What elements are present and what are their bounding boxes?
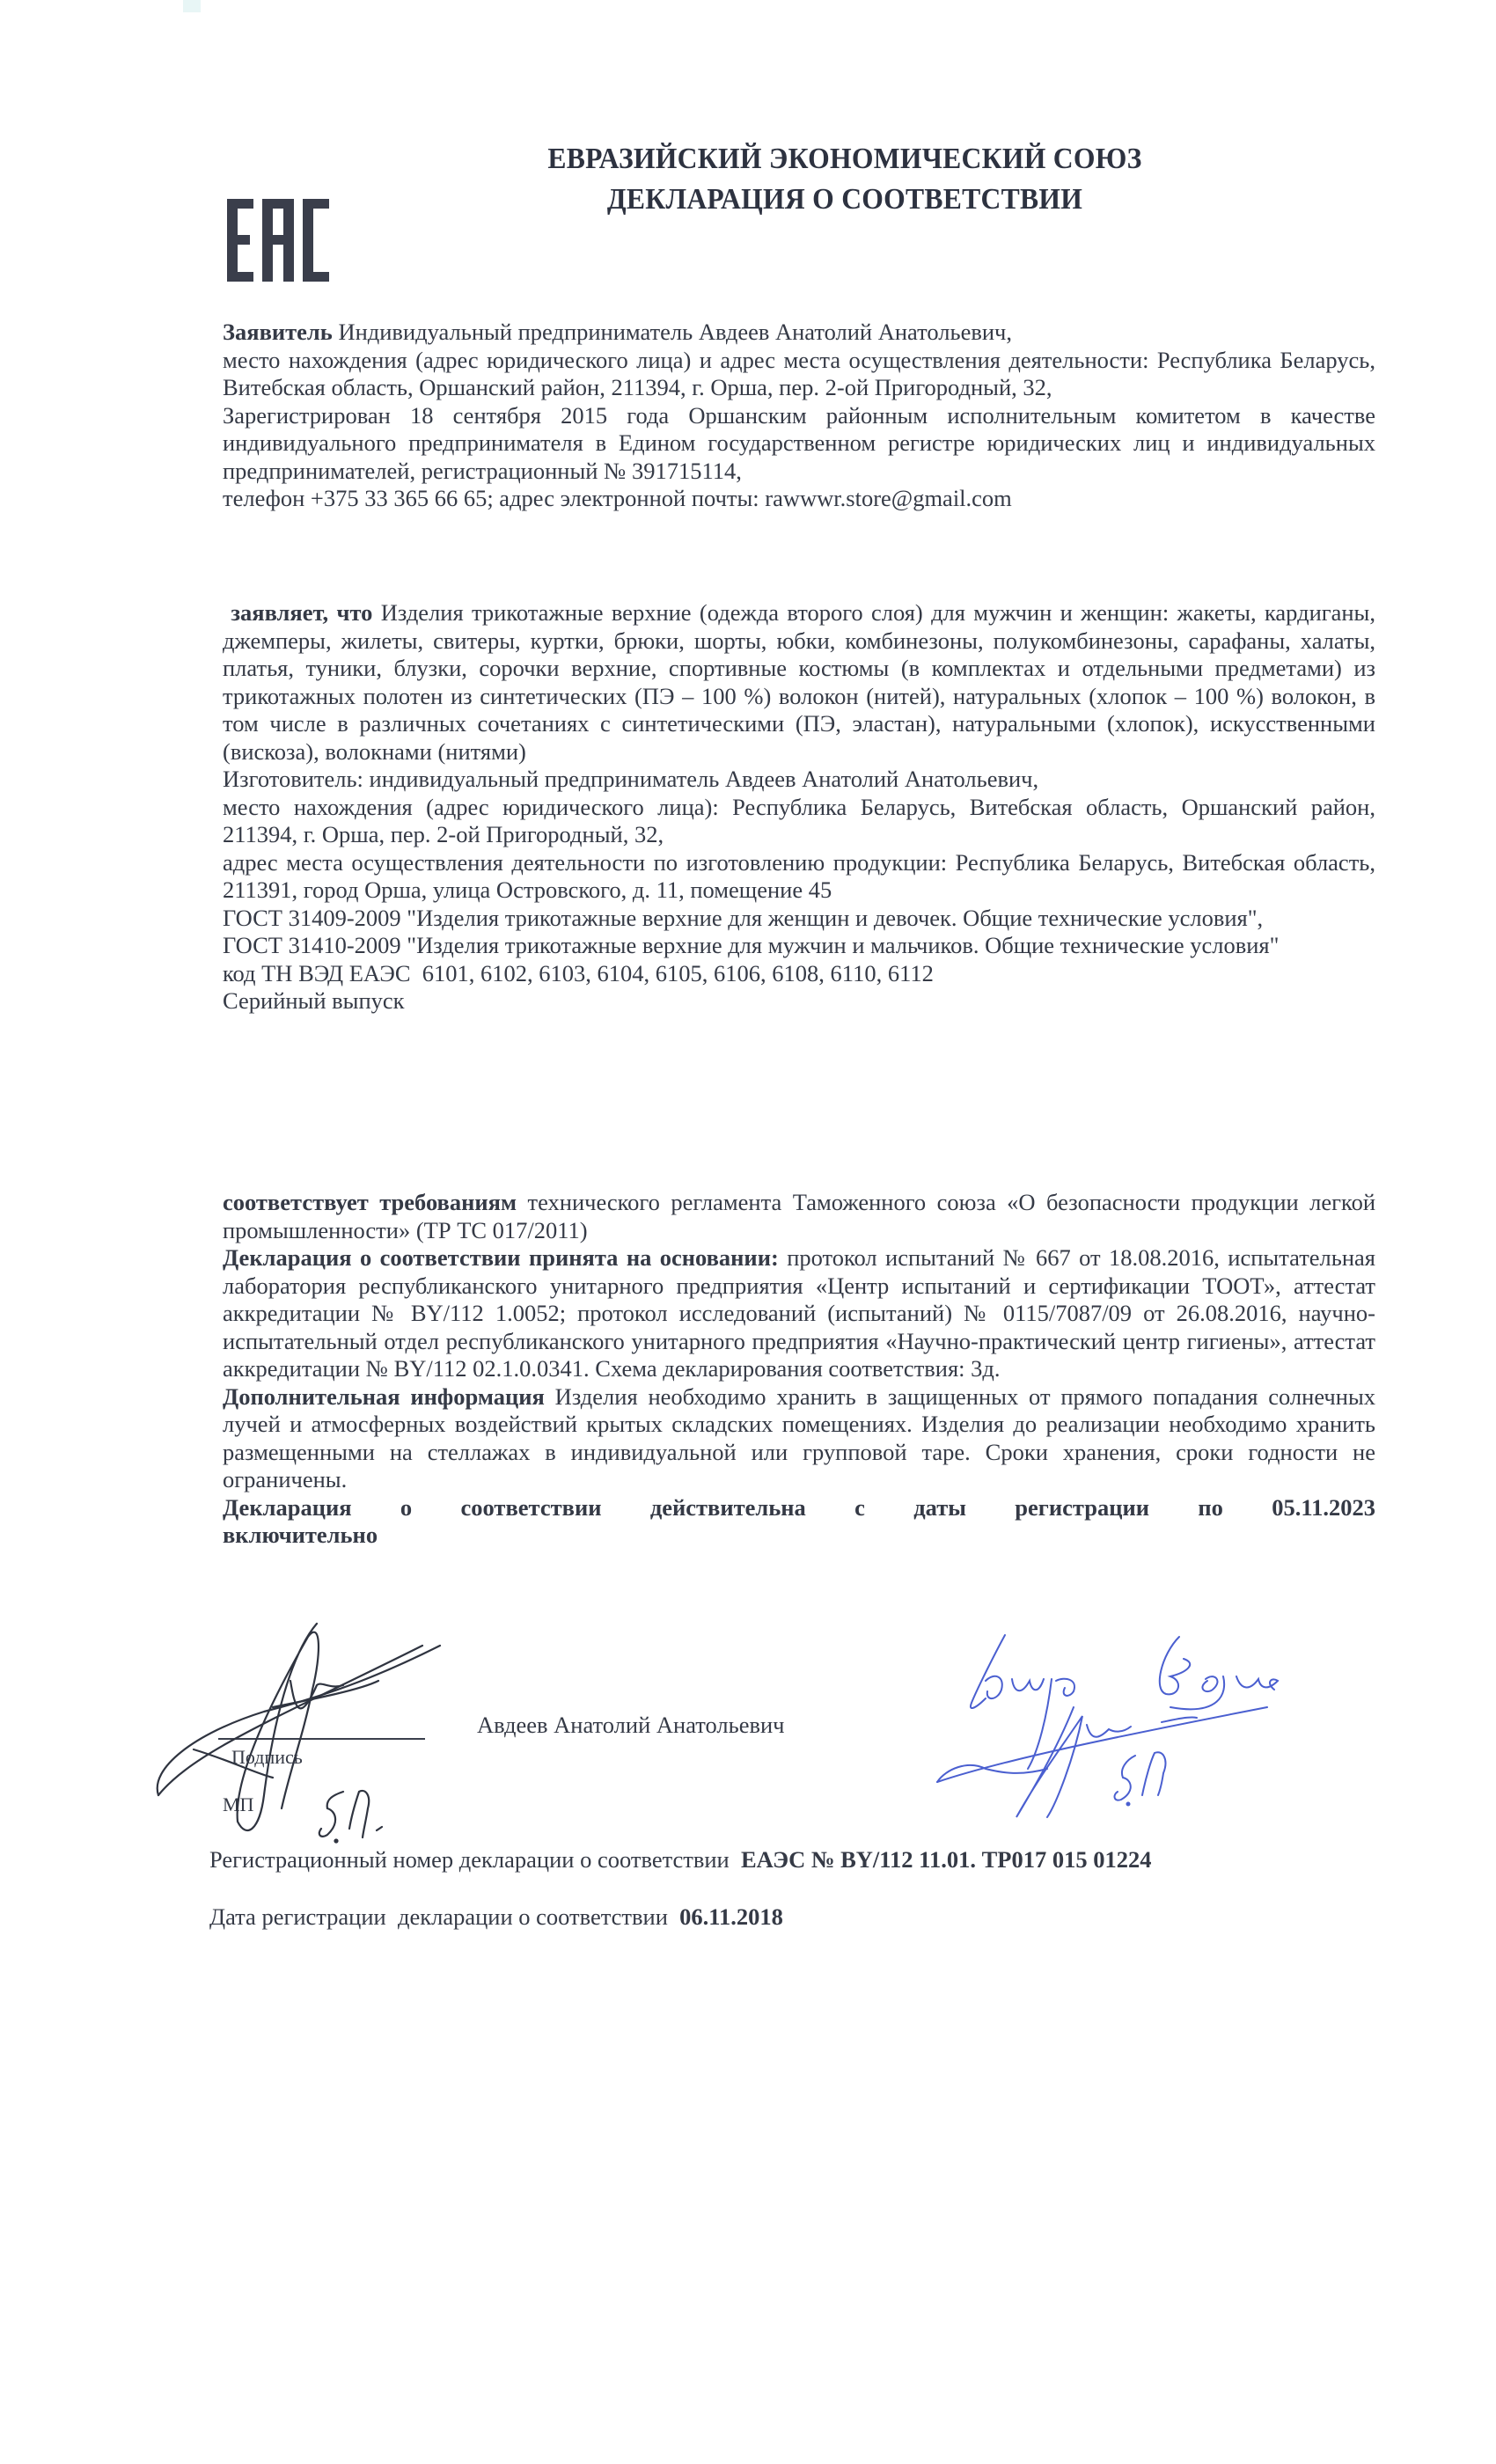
basis-label: Декларация о соответствии принята на осн… bbox=[223, 1244, 779, 1271]
applicant-registration: Зарегистрирован 18 сентября 2015 года Ор… bbox=[223, 402, 1375, 486]
manufacturer-address: место нахождения (адрес юридического лиц… bbox=[223, 794, 1375, 849]
scan-artifact bbox=[183, 0, 201, 12]
applicant-address: место нахождения (адрес юридического лиц… bbox=[223, 347, 1375, 402]
validity-line: Декларация о соответствии действительна … bbox=[223, 1494, 1375, 1522]
applicant-section: Заявитель Индивидуальный предприниматель… bbox=[223, 319, 1375, 513]
title-declaration: ДЕКЛАРАЦИЯ О СООТВЕТСТВИИ bbox=[403, 180, 1287, 220]
eac-logo-icon bbox=[227, 199, 329, 282]
registration-number-label: Регистрационный номер декларации о соотв… bbox=[209, 1846, 741, 1873]
signer-name: Авдеев Анатолий Анатольевич bbox=[477, 1712, 785, 1739]
registration-number-value: ЕАЭС № BY/112 11.01. ТР017 015 01224 bbox=[741, 1846, 1152, 1873]
conformity-section: соответствует требованиям технического р… bbox=[223, 1189, 1375, 1550]
title-union: ЕВРАЗИЙСКИЙ ЭКОНОМИЧЕСКИЙ СОЮЗ bbox=[403, 139, 1287, 180]
applicant-name: Индивидуальный предприниматель Авдеев Ан… bbox=[333, 319, 1012, 345]
applicant-line: Заявитель Индивидуальный предприниматель… bbox=[223, 319, 1375, 347]
conformity-label: соответствует требованиям bbox=[223, 1189, 517, 1215]
handwritten-certified-copy-blue-icon bbox=[933, 1628, 1320, 1839]
applicant-label: Заявитель bbox=[223, 319, 333, 345]
declaration-section: заявляет, что Изделия трикотажные верхни… bbox=[223, 599, 1375, 1016]
product-description: заявляет, что Изделия трикотажные верхни… bbox=[223, 599, 1375, 766]
declaration-page: ЕВРАЗИЙСКИЙ ЭКОНОМИЧЕСКИЙ СОЮЗ ДЕКЛАРАЦИ… bbox=[0, 0, 1496, 2464]
registration-number: Регистрационный номер декларации о соотв… bbox=[209, 1846, 1151, 1874]
registration-date: Дата регистрации декларации о соответств… bbox=[209, 1903, 783, 1931]
additional-info: Дополнительная информация Изделия необхо… bbox=[223, 1383, 1375, 1494]
release-type: Серийный выпуск bbox=[223, 987, 1375, 1016]
standard-gost-31409: ГОСТ 31409-2009 "Изделия трикотажные вер… bbox=[223, 905, 1375, 933]
handwritten-signature-black-icon bbox=[141, 1619, 510, 1857]
document-title: ЕВРАЗИЙСКИЙ ЭКОНОМИЧЕСКИЙ СОЮЗ ДЕКЛАРАЦИ… bbox=[370, 139, 1320, 220]
production-address: адрес места осуществления деятельности п… bbox=[223, 849, 1375, 905]
registration-date-value: 06.11.2018 bbox=[679, 1903, 783, 1930]
tn-ved-code: код ТН ВЭД ЕАЭС 6101, 6102, 6103, 6104, … bbox=[223, 960, 1375, 988]
applicant-contacts: телефон +375 33 365 66 65; адрес электро… bbox=[223, 485, 1375, 513]
manufacturer: Изготовитель: индивидуальный предпринима… bbox=[223, 766, 1375, 794]
basis-statement: Декларация о соответствии принята на осн… bbox=[223, 1244, 1375, 1383]
standard-gost-31410: ГОСТ 31410-2009 "Изделия трикотажные вер… bbox=[223, 932, 1375, 960]
registration-date-label: Дата регистрации декларации о соответств… bbox=[209, 1903, 679, 1930]
declares-label: заявляет, что bbox=[231, 599, 372, 626]
additional-label: Дополнительная информация bbox=[223, 1383, 545, 1410]
conformity-statement: соответствует требованиям технического р… bbox=[223, 1189, 1375, 1244]
validity-line-end: включительно bbox=[223, 1522, 1375, 1550]
product-text: Изделия трикотажные верхние (одежда втор… bbox=[223, 599, 1375, 765]
